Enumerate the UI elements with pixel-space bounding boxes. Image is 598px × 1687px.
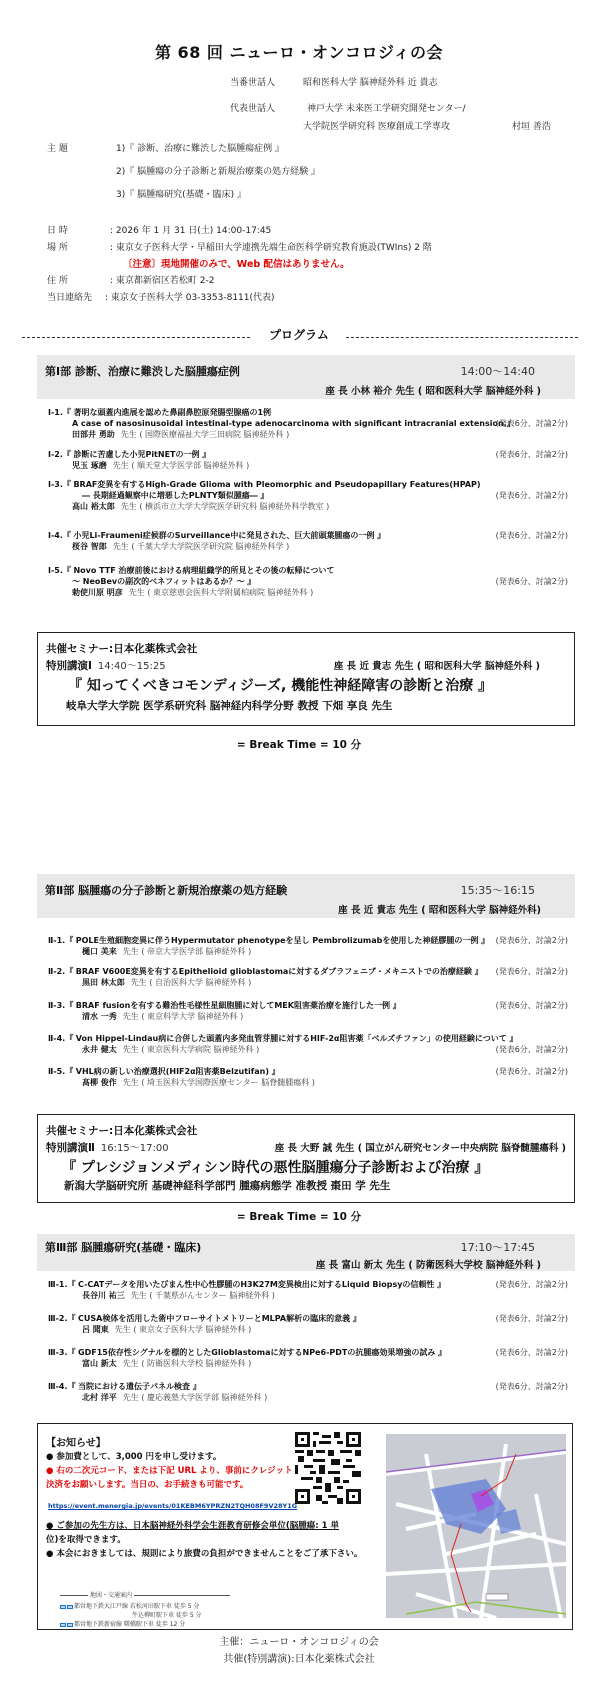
program-item: Ⅱ-2.『 BRAF V600E変異を有するEpithelioid gliobl… [48, 966, 568, 988]
part-1-time: 14:00～14:40 [461, 363, 535, 379]
item-duration: (発表6分、討論2分) [496, 1066, 568, 1077]
contact-label: 当日連絡先 [47, 290, 92, 303]
program-item: Ⅱ-5.『 VHL病の新しい治療選択(HIF2α阻害薬Belzutifan) 』… [48, 1066, 568, 1088]
program-item: Ⅲ-1.『 C-CATデータを用いたびまん性中心性膠腫のH3K27M変異検出に対… [48, 1279, 568, 1301]
break-time-2: = Break Time = 10 分 [0, 1209, 598, 1224]
item-title: GDF15依存性シグナルを標的としたGlioblastomaに対するNPe6-P… [78, 1348, 446, 1357]
theme-2: 2)『 脳腫瘍の分子診断と新規治療薬の処方経験 』 [116, 164, 320, 177]
item-duration: (発表6分、討論2分) [496, 935, 568, 946]
seminar-chair: 座 長 近 貴志 先生 ( 昭和医科大学 脳神経外科 ) [334, 658, 540, 672]
date-value: : 2026 年 1 月 31 日(土) 14:00-17:45 [110, 223, 271, 236]
item-duration: (発表6分、討論2分) [496, 1381, 568, 1392]
item-title: Novo TTF 治療前後における病理組織学的所見とその後の転帰について [73, 566, 334, 575]
item-duration: (発表6分、討論2分) [496, 490, 568, 501]
item-title: C-CATデータを用いたびまん性中心性膠腫のH3K27M変異検出に対するLiqu… [78, 1280, 445, 1289]
item-title: BRAF fusionを有する難治性毛様性星細胞腫に対してMEK阻害薬治療を施行… [76, 1001, 401, 1010]
program-item: Ⅲ-2.『 CUSA検体を活用した術中フローサイトメトリーとMLPA解析の臨床的… [48, 1313, 568, 1335]
notice-title: 【お知らせ】 [46, 1434, 106, 1449]
speaker-affiliation: 先生 ( 防衛医科大学校 脳神経外科 ) [123, 1359, 251, 1368]
notice-credit-1: ● ご参加の先生方は、日本脳神経外科学会生涯教育研修会単位(脳腫瘍: 1 単 [46, 1520, 339, 1533]
item-title: BRAF V600E変異を有するEpithelioid glioblastoma… [76, 967, 483, 976]
program-item: Ⅱ-4.『 Von Hippel-Lindau病に合併した頭蓋内多発血管芽腫に対… [48, 1033, 568, 1055]
notice-box: 【お知らせ】 ● 参加費として、3,000 円を申し受けます。 ● 右の二次元コ… [37, 1423, 573, 1630]
item-duration: (発表6分、討論2分) [496, 966, 568, 977]
contact-value: : 東京女子医科大学 03-3353-8111(代表) [105, 290, 275, 303]
speaker-name: 高山 裕太郎 [72, 502, 115, 511]
part-2-title: 第Ⅱ部 脳腫瘍の分子診断と新規治療薬の処方経験 [45, 882, 287, 898]
program-item: Ⅰ-2.『 診断に苦慮した小児PitNETの一例 』(発表6分、討論2分) 児玉… [48, 449, 568, 471]
speaker-affiliation: 先生 ( 千葉大学大学院医学研究院 脳神経外科学 ) [113, 542, 289, 551]
speaker-affiliation: 先生 ( 東京科学大学 脳神経外科 ) [123, 1012, 243, 1021]
speaker-affiliation: 先生 ( 帝京大学医学部 脳神経外科 ) [123, 947, 251, 956]
notice-travel: ● 本会におきましては、規則により旅費の負担ができませんことをご了承下さい。 [46, 1548, 362, 1561]
program-item: Ⅱ-1.『 POLE生殖細胞変異に伴うHypermutator phenotyp… [48, 935, 568, 957]
seminar-topic: 『 知ってくべきコモンディジーズ, 機能性神経障害の診断と治療 』 [68, 675, 492, 695]
item-duration: (発表6分、討論2分) [496, 1044, 568, 1055]
address-label: 住 所 [47, 273, 68, 286]
access-info: 地図・交通案内 都営地下鉄大江戸線 若松河田駅下車 徒歩 5 分 牛込柳町駅下車… [60, 1595, 230, 1629]
part-3-title: 第Ⅲ部 脳腫瘍研究(基礎・臨床) [45, 1239, 201, 1255]
seminar-lecturer: 岐阜大学大学院 医学系研究科 脳神経内科学分野 教授 下畑 享良 先生 [66, 698, 392, 713]
part-1-chair: 座 長 小林 裕介 先生 ( 昭和医科大学 脳神経外科 ) [325, 383, 541, 397]
speaker-name: 桜谷 智郎 [72, 542, 107, 551]
access-title: 地図・交通案内 [88, 1591, 134, 1600]
speaker-affiliation: 先生 ( 国際医療福祉大学三田病院 脳神経外科 ) [121, 430, 289, 439]
part-1-title: 第Ⅰ部 診断、治療に難渋した脳腫瘍症例 [45, 363, 240, 379]
item-duration: (発表6分、討論2分) [496, 576, 568, 587]
footer-host: 主催：ニューロ・オンコロジィの会 [0, 1633, 598, 1648]
item-duration: (発表6分、討論2分) [496, 418, 568, 429]
item-title: BRAF変異を有するHigh-Grade Glioma with Pleomor… [73, 480, 480, 489]
item-title: 診断に苦慮した小児PitNETの一例 』 [73, 450, 210, 459]
divider-right [346, 337, 578, 338]
item-duration: (発表6分、討論2分) [496, 449, 568, 460]
access-oedo-2: 牛込柳町駅下車 徒歩 5 分 [60, 1611, 230, 1620]
item-title: Von Hippel-Lindau病に合併した頭蓋内多発血管芽腫に対するHIF-… [76, 1034, 518, 1043]
item-duration: (発表6分、討論2分) [496, 1347, 568, 1358]
speaker-affiliation: 先生 ( 埼玉医科大学国際医療センター 脳脊髄腫瘍科 ) [123, 1078, 315, 1087]
page-title: 第 68 回 ニューロ・オンコロジィの会 [0, 40, 598, 63]
theme-1: 1)『 診断、治療に難渋した脳腫瘍症例 』 [116, 141, 284, 154]
item-title: VHL病の新しい治療選択(HIF2α阻害薬Belzutifan) 』 [76, 1067, 280, 1076]
train-icon [60, 1605, 66, 1609]
place-label: 場 所 [47, 240, 68, 253]
part-1-header: 第Ⅰ部 診断、治療に難渋した脳腫瘍症例 14:00～14:40 座 長 小林 裕… [37, 355, 575, 399]
special-lecture-2: 共催セミナー:日本化薬株式会社 特別講演Ⅱ16:15～17:00 座 長 大野 … [37, 1114, 575, 1203]
speaker-name: 呂 聞東 [82, 1325, 109, 1334]
themes-label: 主 題 [47, 141, 68, 154]
item-title: 著明な頭蓋内進展を認めた鼻副鼻腔原発腸型腺癌の1例 [73, 408, 271, 417]
theme-3: 3)『 脳腫瘍研究(基礎・臨床) 』 [116, 187, 246, 200]
speaker-affiliation: 先生 ( 慶応義塾大学医学部 脳神経外科 ) [123, 1393, 267, 1402]
part-3-header: 第Ⅲ部 脳腫瘍研究(基礎・臨床) 17:10～17:45 座 長 富山 新太 先… [37, 1234, 575, 1271]
footer-cohost: 共催(特別講演):日本化薬株式会社 [0, 1650, 598, 1665]
speaker-affiliation: 先生 ( 横浜市立大学大学院医学研究科 脳神経外科学教室 ) [121, 502, 329, 511]
program-item: Ⅲ-4.『 当院における遺伝子パネル検査 』(発表6分、討論2分) 北村 洋平先… [48, 1381, 568, 1403]
access-oedo: 都営地下鉄大江戸線 若松河田駅下車 徒歩 5 分 [74, 1603, 199, 1610]
registration-link[interactable]: https://event.menergia.jp/events/01KEBM6… [48, 1502, 297, 1510]
seminar-label: 特別講演Ⅱ16:15～17:00 [46, 1139, 169, 1155]
host-label: 当番世話人 [230, 75, 275, 88]
train-icon [67, 1623, 73, 1627]
speaker-affiliation: 先生 ( 順天堂大学医学部 脳神経外科 ) [113, 461, 249, 470]
speaker-affiliation: 先生 ( 東京医科大学病院 脳神経外科 ) [123, 1045, 259, 1054]
speaker-name: 勅使川原 明彦 [72, 588, 123, 597]
host-value: 昭和医科大学 脳神経外科 近 貴志 [303, 75, 438, 88]
item-duration: (発表6分、討論2分) [496, 1000, 568, 1011]
place-value: : 東京女子医科大学・早稲田大学連携先端生命医科学研究教育施設(TWIns) 2… [110, 240, 432, 253]
notice-credit-2: 位)を取得できます。 [46, 1534, 126, 1547]
speaker-name: 児玉 琢磨 [72, 461, 107, 470]
part-2-chair: 座 長 近 貴志 先生 ( 昭和医科大学 脳神経外科) [338, 902, 541, 916]
program-item: Ⅰ-4.『 小児Li-Fraumeni症候群のSurveillance中に発見さ… [48, 530, 568, 552]
access-map [386, 1434, 566, 1618]
item-title: CUSA検体を活用した術中フローサイトメトリーとMLPA解析の臨床的意義 』 [78, 1314, 361, 1323]
rep-label: 代表世話人 [230, 101, 275, 114]
speaker-name: 富山 新太 [82, 1359, 117, 1368]
item-title: POLE生殖細胞変異に伴うHypermutator phenotypeを呈し P… [76, 936, 489, 945]
date-label: 日 時 [47, 223, 68, 236]
seminar-label: 特別講演Ⅰ14:40～15:25 [46, 657, 166, 673]
special-lecture-1: 共催セミナー:日本化薬株式会社 特別講演Ⅰ14:40～15:25 座 長 近 貴… [37, 632, 575, 726]
speaker-name: 樋口 美来 [82, 947, 117, 956]
part-2-header: 第Ⅱ部 脳腫瘍の分子診断と新規治療薬の処方経験 15:35～16:15 座 長 … [37, 874, 575, 918]
web-notice: 〔注意〕現地開催のみで、Web 配信はありません。 [123, 256, 350, 270]
speaker-name: 清水 一秀 [82, 1012, 117, 1021]
part-2-time: 15:35～16:15 [461, 882, 535, 898]
speaker-name: 永井 健太 [82, 1045, 117, 1054]
train-icon [60, 1623, 66, 1627]
part-3-chair: 座 長 富山 新太 先生 ( 防衛医科大学校 脳神経外科 ) [316, 1257, 541, 1271]
part-3-time: 17:10～17:45 [461, 1239, 535, 1255]
item-duration: (発表6分、討論2分) [496, 530, 568, 541]
program-title: プログラム [0, 326, 598, 343]
speaker-name: 黒田 林太郎 [82, 978, 125, 987]
item-title: 小児Li-Fraumeni症候群のSurveillance中に発見された、巨大前… [73, 531, 385, 540]
item-duration: (発表6分、討論2分) [496, 1313, 568, 1324]
rep-name: 村垣 善浩 [512, 119, 551, 132]
speaker-affiliation: 先生 ( 東京慈恵会医科大学附属柏病院 脳神経外科 ) [129, 588, 313, 597]
seminar-time: 16:15～17:00 [101, 1143, 169, 1154]
speaker-name: 髙柳 俊作 [82, 1078, 117, 1087]
address-value: : 東京都新宿区若松町 2-2 [110, 273, 214, 286]
qr-code[interactable] [295, 1432, 361, 1504]
seminar-sponsor: 共催セミナー:日本化薬株式会社 [46, 1123, 197, 1138]
speaker-affiliation: 先生 ( 東京女子医科大学 脳神経外科 ) [115, 1325, 251, 1334]
notice-fee: ● 参加費として、3,000 円を申し受けます。 [46, 1451, 221, 1464]
speaker-affiliation: 先生 ( 自治医科大学 脳神経外科 ) [131, 978, 251, 987]
speaker-name: 北村 洋平 [82, 1393, 117, 1402]
program-item: Ⅱ-3.『 BRAF fusionを有する難治性毛様性星細胞腫に対してMEK阻害… [48, 1000, 568, 1022]
item-title: 当院における遺伝子パネル検査 』 [78, 1382, 201, 1391]
program-item: Ⅲ-3.『 GDF15依存性シグナルを標的としたGlioblastomaに対する… [48, 1347, 568, 1369]
seminar-sponsor: 共催セミナー:日本化薬株式会社 [46, 641, 197, 656]
notice-payment-1: ● 右の二次元コード、または下記 URL より、事前にクレジット [46, 1465, 293, 1478]
rep-value-line2: 大学院医学研究科 医療創成工学専攻 [303, 119, 450, 132]
seminar-chair: 座 長 大野 誠 先生 ( 国立がん研究センター中央病院 脳脊髄腫瘍科 ) [275, 1140, 566, 1154]
notice-payment-2: 決済をお願いします。当日の、お手続きも可能です。 [46, 1479, 248, 1492]
speaker-name: 長谷川 祐三 [82, 1291, 125, 1300]
seminar-topic: 『 プレシジョンメディシン時代の悪性脳腫瘍分子診断および治療 』 [62, 1157, 488, 1177]
train-icon [67, 1605, 73, 1609]
break-time-1: = Break Time = 10 分 [0, 737, 598, 752]
item-duration: (発表6分、討論2分) [496, 1279, 568, 1290]
program-item: Ⅰ-3.『 BRAF変異を有するHigh-Grade Glioma with P… [48, 479, 568, 512]
rep-value-line1: 神戸大学 未来医工学研究開発センター/ [307, 101, 466, 114]
program-item: Ⅰ-5.『 Novo TTF 治療前後における病理組織学的所見とその後の転帰につ… [48, 565, 568, 598]
seminar-lecturer: 新潟大学脳研究所 基礎神経科学部門 腫瘍病態学 准教授 棗田 学 先生 [64, 1178, 390, 1193]
speaker-affiliation: 先生 ( 千葉県がんセンター 脳神経外科 ) [131, 1291, 275, 1300]
program-item: Ⅰ-1.『 著明な頭蓋内進展を認めた鼻副鼻腔原発腸型腺癌の1例 A case o… [48, 407, 568, 440]
seminar-time: 14:40～15:25 [98, 661, 166, 672]
access-shinjuku: 都営地下鉄新宿線 曙橋駅下車 徒歩 12 分 [74, 1621, 185, 1628]
speaker-name: 田部井 勇助 [72, 430, 115, 439]
